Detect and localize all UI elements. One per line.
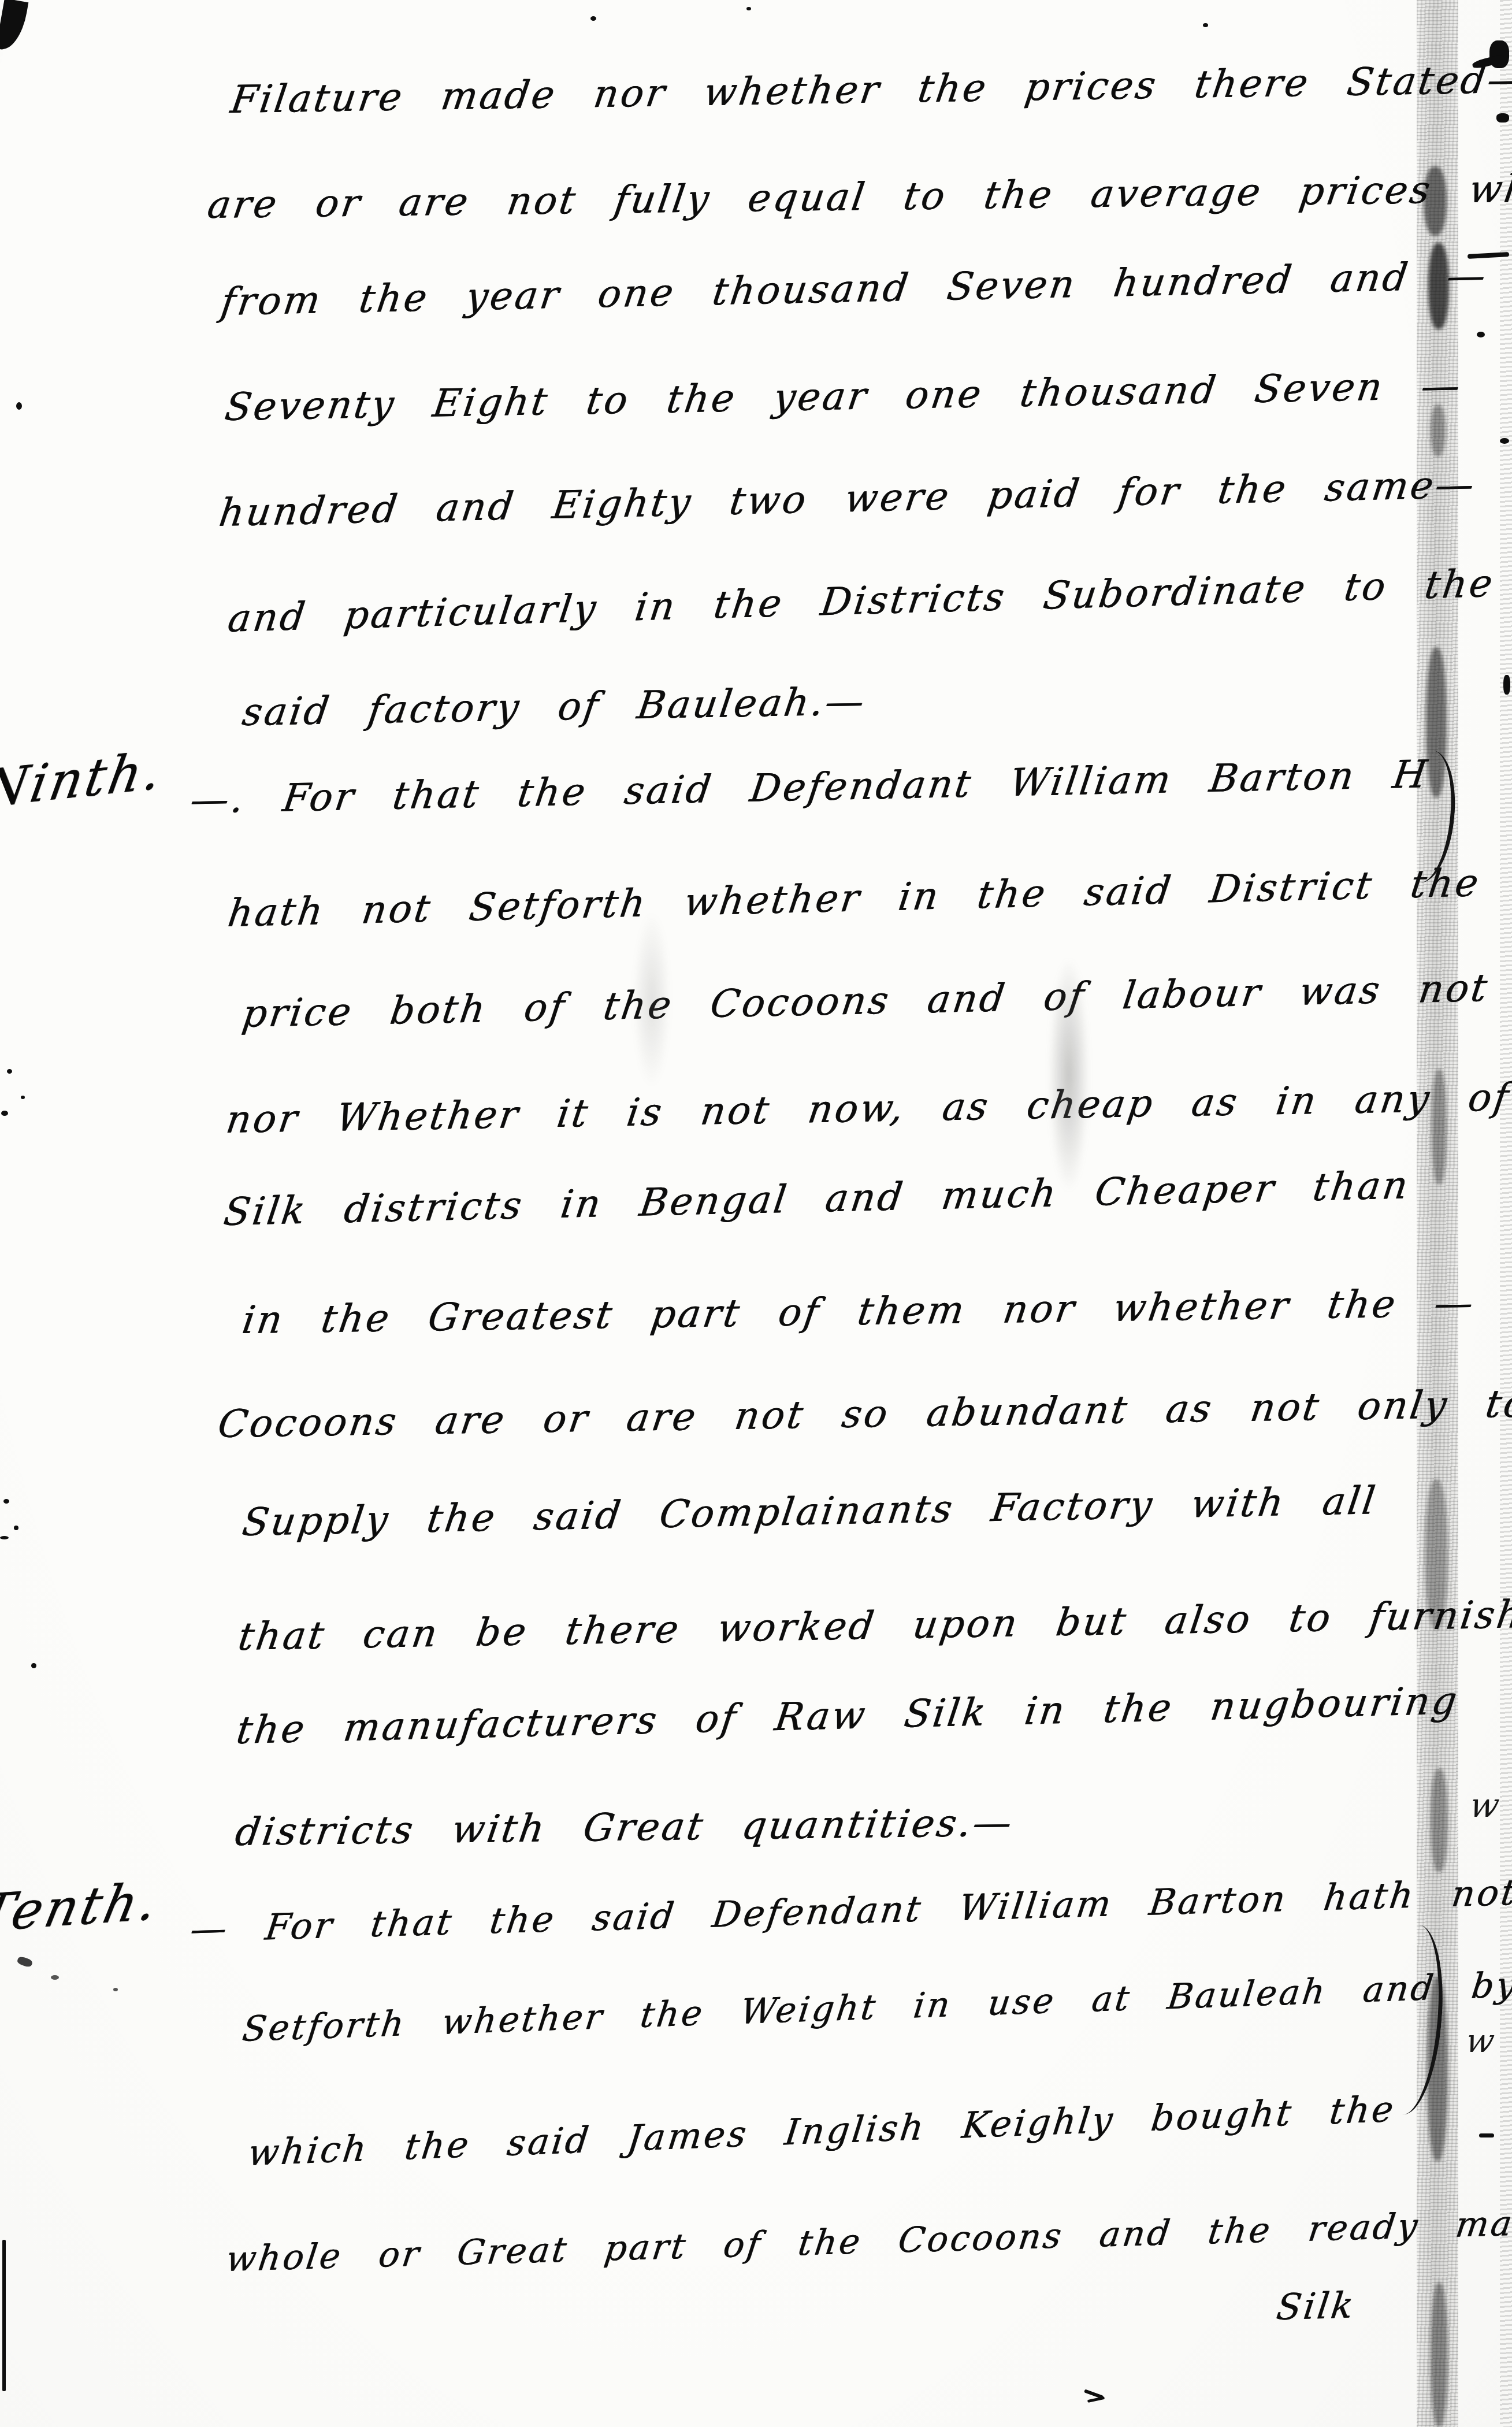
gutter-ink-patch bbox=[1431, 1768, 1448, 1872]
gutter-ink-patch bbox=[1428, 243, 1449, 329]
manuscript-line: — For that the said Defendant William Ba… bbox=[188, 1875, 1512, 1947]
edge-text-fragment: w bbox=[1463, 2022, 1497, 2060]
bottom-scribble bbox=[1087, 2396, 1105, 2403]
ink-speck bbox=[3, 1499, 9, 1504]
manuscript-line: Supply the said Complainants Factory wit… bbox=[240, 1482, 1379, 1542]
manuscript-line: districts with Great quantities.— bbox=[233, 1803, 1016, 1851]
ink-speck bbox=[746, 7, 751, 10]
manuscript-line: —. For that the said Defendant William B… bbox=[188, 755, 1431, 819]
ink-speck bbox=[1203, 23, 1208, 27]
ink-speck bbox=[16, 402, 22, 410]
ink-speck bbox=[590, 16, 596, 21]
ink-speck bbox=[1500, 438, 1509, 444]
ink-speck bbox=[0, 1536, 9, 1539]
page-edge-noise bbox=[1500, 0, 1512, 2427]
manuscript-line: said factory of Bauleah.— bbox=[240, 682, 868, 732]
gutter-ink-patch bbox=[1432, 1069, 1447, 1185]
manuscript-line: nor Whether it is not now, as cheap as i… bbox=[224, 1077, 1512, 1139]
manuscript-line: from the year one thousand Seven hundred… bbox=[218, 257, 1489, 321]
manuscript-line: which the said James Inglish Keighly bou… bbox=[246, 2091, 1398, 2172]
ink-speck bbox=[31, 1663, 36, 1668]
manuscript-line: Seventy Eight to the year one thousand S… bbox=[222, 367, 1465, 427]
catchword: Silk bbox=[1275, 2287, 1358, 2325]
gutter-ink-patch bbox=[1425, 1479, 1448, 1630]
manuscript-line: Setforth whether the Weight in use at Ba… bbox=[240, 1968, 1512, 2047]
gray-smudge bbox=[633, 913, 670, 1086]
margin-note-tenth: Tenth. bbox=[0, 1876, 164, 1940]
ink-speck bbox=[1, 1111, 8, 1116]
manuscript-line: whole or Great part of the Cocoons and t… bbox=[224, 2205, 1512, 2277]
ink-speck bbox=[21, 1096, 25, 1099]
manuscript-line: hath not Setforth whether in the said Di… bbox=[226, 864, 1483, 933]
margin-note-ninth: Ninth. bbox=[0, 744, 168, 815]
gutter-ink-patch bbox=[1431, 404, 1446, 457]
manuscript-line: Silk districts in Bengal and much Cheape… bbox=[222, 1166, 1413, 1231]
manuscript-line: Filature made nor whether the prices the… bbox=[228, 61, 1512, 119]
corner-ink-mark bbox=[0, 0, 28, 53]
gutter-ink-patch bbox=[1424, 166, 1447, 236]
manuscript-line: are or are not fully equal to the averag… bbox=[205, 169, 1512, 224]
ink-dash-mark bbox=[1479, 2133, 1494, 2137]
ink-speck bbox=[7, 1069, 12, 1074]
gray-smudge bbox=[1049, 959, 1089, 1190]
ink-blot bbox=[16, 1955, 33, 1968]
manuscript-line: Cocoons are or are not so abundant as no… bbox=[216, 1385, 1512, 1443]
manuscript-line: in the Greatest part of them nor whether… bbox=[240, 1284, 1478, 1339]
manuscript-page: Ninth. Tenth. Filature made nor whether … bbox=[0, 0, 1512, 2427]
manuscript-line: and particularly in the Districts Subord… bbox=[226, 565, 1497, 638]
ink-speck bbox=[113, 1988, 118, 1991]
manuscript-line: price both of the Cocoons and of labour … bbox=[240, 966, 1512, 1033]
edge-text-fragment: w bbox=[1468, 1786, 1502, 1825]
gutter-ink-patch bbox=[1431, 2283, 1448, 2427]
edge-line-mark bbox=[2, 2240, 6, 2391]
manuscript-line: hundred and Eighty two were paid for the… bbox=[217, 466, 1478, 533]
manuscript-line: that can be there worked upon but also t… bbox=[236, 1595, 1512, 1656]
ink-speck bbox=[51, 1975, 59, 1980]
ink-blot bbox=[1496, 113, 1509, 123]
ink-speck bbox=[1503, 675, 1510, 695]
manuscript-line: the manufacturers of Raw Silk in the nug… bbox=[235, 1682, 1461, 1750]
ink-speck bbox=[14, 1526, 18, 1530]
ink-speck bbox=[1477, 332, 1485, 337]
